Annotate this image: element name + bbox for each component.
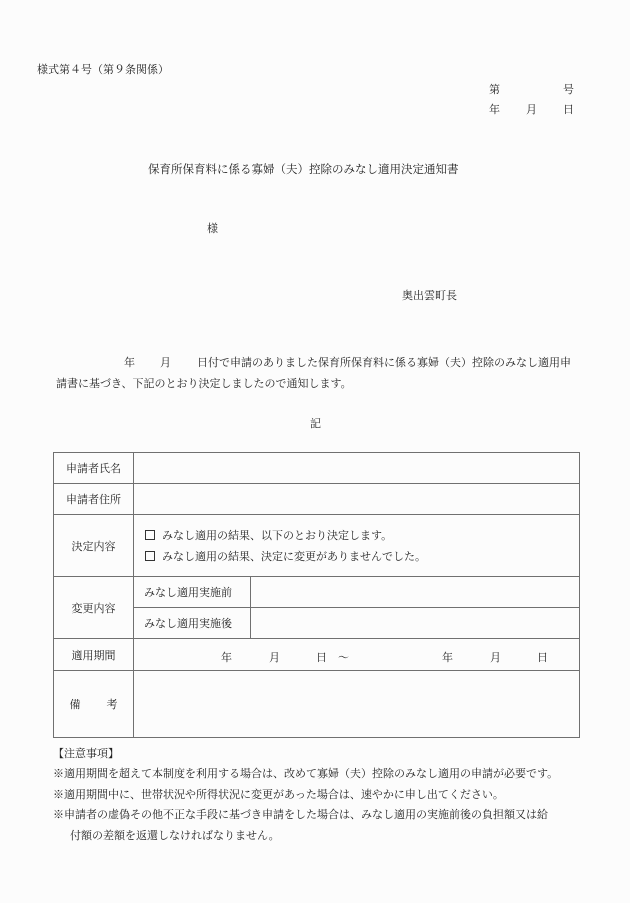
applicant-name-row: 申請者氏名 [54,453,580,484]
change-before-row: 変更内容 みなし適用実施前 [54,577,580,608]
change-label: 変更内容 [54,577,134,639]
issuer-name: 奥出雲町長 [402,290,457,301]
period-field[interactable]: 年 月 日 ～ 年 月 日 [134,639,580,671]
note-item-2: ※適用期間中に、世帯状況や所得状況に変更があった場合は、速やかに申し出てください… [53,789,504,800]
period-to-year: 年 [442,649,453,665]
note-item-3-continued: 付額の差額を返還しなければなりません。 [70,830,280,841]
decision-option-1-label: みなし適用の結果、以下のとおり決定します。 [162,529,392,542]
remarks-label-1: 備 [70,698,81,711]
recipient-suffix: 様 [207,223,218,234]
issue-date-month: 月 [526,104,537,115]
checkbox-icon[interactable] [145,530,155,540]
note-item-3: ※申請者の虚偽その他不正な手段に基づき申請をした場合は、みなし適用の実施前後の負… [53,809,548,820]
decision-label: 決定内容 [54,515,134,577]
change-after-field[interactable] [251,608,580,639]
applicant-address-field[interactable] [134,484,580,515]
notes-heading: 【注意事項】 [53,748,119,759]
applicant-name-field[interactable] [134,453,580,484]
period-row: 適用期間 年 月 日 ～ 年 月 日 [54,639,580,671]
body-paragraph-line-2: 請書に基づき、下記のとおり決定しましたので通知します。 [56,378,352,389]
period-to-day: 日 [537,649,548,665]
body-line1-rest: 日付で申請のありました保育所保育料に係る寡婦（夫）控除のみなし適用申 [197,357,571,368]
decision-row: 決定内容 みなし適用の結果、以下のとおり決定します。 みなし適用の結果、決定に変… [54,515,580,577]
period-from-day: 日 [316,649,327,665]
checkbox-icon[interactable] [145,551,155,561]
remarks-label-2: 考 [107,698,118,711]
decision-option-2[interactable]: みなし適用の結果、決定に変更がありませんでした。 [134,546,579,567]
applicant-name-label: 申請者氏名 [54,453,134,484]
remarks-row: 備考 [54,671,580,738]
change-before-label: みなし適用実施前 [134,577,251,608]
applicant-address-label: 申請者住所 [54,484,134,515]
issue-date-day: 日 [563,104,574,115]
body-year: 年 [124,357,135,368]
decision-option-1[interactable]: みなし適用の結果、以下のとおり決定します。 [134,525,579,546]
issue-date-year: 年 [489,104,500,115]
decision-options: みなし適用の結果、以下のとおり決定します。 みなし適用の結果、決定に変更がありま… [134,515,580,577]
period-to-month: 月 [490,649,501,665]
note-item-1: ※適用期間を超えて本制度を利用する場合は、改めて寡婦（夫）控除のみなし適用の申請… [53,768,558,779]
form-number: 様式第４号（第９条関係） [37,64,169,75]
remarks-field[interactable] [134,671,580,738]
notice-form-table: 申請者氏名 申請者住所 決定内容 みなし適用の結果、以下のとおり決定します。 み… [53,452,580,738]
period-from-year: 年 [221,649,232,665]
change-after-label: みなし適用実施後 [134,608,251,639]
ki-heading: 記 [310,418,321,429]
decision-option-2-label: みなし適用の結果、決定に変更がありませんでした。 [162,550,426,563]
period-from-month: 月 [269,649,280,665]
doc-number-prefix: 第 [489,84,500,95]
applicant-address-row: 申請者住所 [54,484,580,515]
remarks-label: 備考 [54,671,134,738]
change-before-field[interactable] [251,577,580,608]
body-month: 月 [160,357,171,368]
document-title: 保育所保育料に係る寡婦（夫）控除のみなし適用決定通知書 [148,164,459,176]
doc-number-suffix: 号 [563,84,574,95]
period-separator: ～ [338,649,349,665]
period-label: 適用期間 [54,639,134,671]
